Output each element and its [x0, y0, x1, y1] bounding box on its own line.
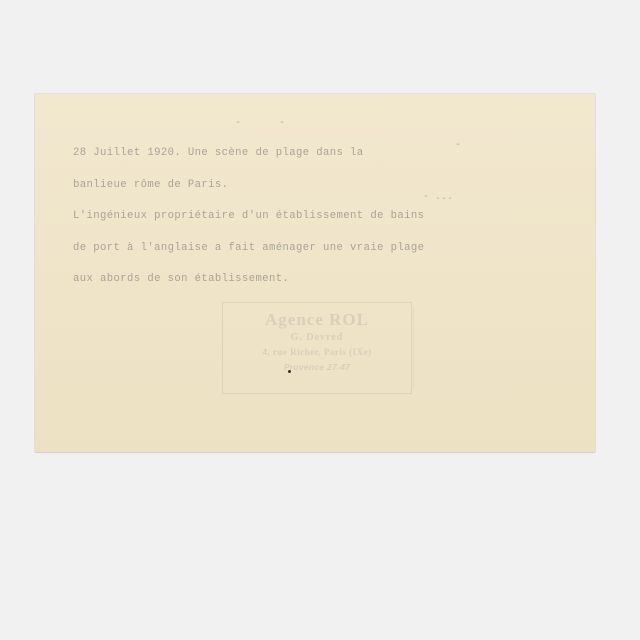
photo-backdrop: 28 Juillet 1920. Une scène de plage dans…: [0, 0, 640, 640]
caption-line: 28 Juillet 1920. Une scène de plage dans…: [73, 148, 424, 159]
caption-line: L'ingénieux propriétaire d'un établissem…: [73, 211, 424, 222]
stray-mark: -: [279, 118, 285, 129]
photo-print-verso: 28 Juillet 1920. Une scène de plage dans…: [35, 94, 595, 452]
stamp-phone: Provence 27-47: [223, 362, 411, 372]
stamp-address: 4, rue Richer, Paris (IXe): [223, 347, 411, 357]
stamp-ghost-edge: [413, 306, 414, 388]
caption-line: de port à l'anglaise a fait aménager une…: [73, 243, 424, 254]
typed-caption: 28 Juillet 1920. Une scène de plage dans…: [73, 127, 424, 306]
stray-mark: -: [455, 140, 461, 151]
stray-mark: -: [235, 118, 241, 129]
stray-mark: - ...: [423, 192, 453, 203]
ink-speck: [288, 370, 291, 373]
caption-line: aux abords de son établissement.: [73, 274, 424, 285]
stamp-agency-name: Agence ROL: [223, 310, 411, 330]
stamp-owner: G. Devred: [223, 332, 411, 343]
caption-line: banlieue rôme de Paris.: [73, 180, 424, 191]
agency-stamp: Agence ROL G. Devred 4, rue Richer, Pari…: [222, 302, 412, 394]
